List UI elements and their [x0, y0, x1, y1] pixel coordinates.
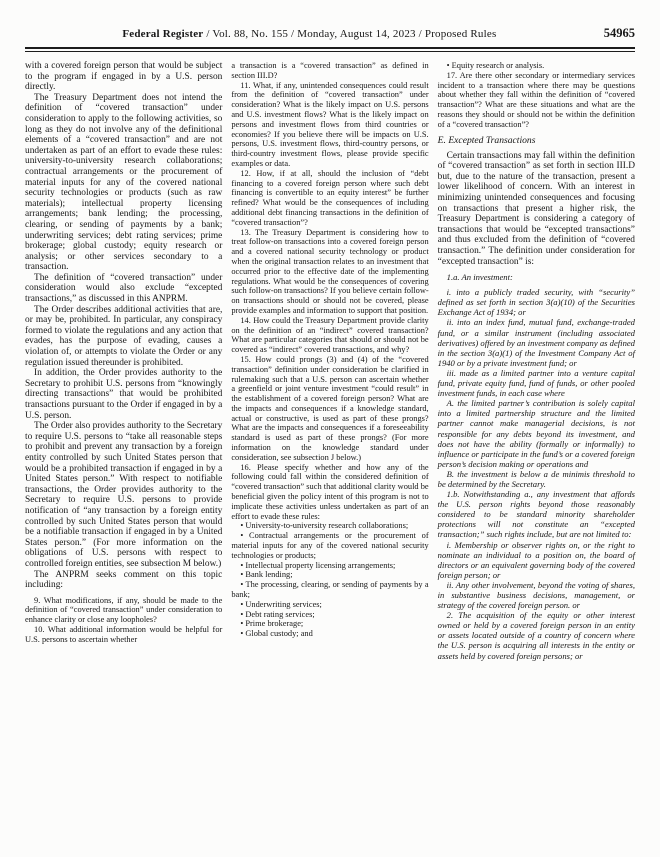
paragraph: • University-to-university research coll…	[231, 521, 428, 531]
text-column: a transaction is a “covered transaction”…	[231, 61, 428, 661]
paragraph: 15. How could prongs (3) and (4) of the …	[231, 355, 428, 463]
paragraph: The Treasury Department does not intend …	[25, 93, 222, 273]
paragraph: • Equity research or analysis.	[438, 61, 635, 71]
paragraph: The definition of “covered transaction” …	[25, 273, 222, 305]
paragraph: 1.a. An investment:	[438, 272, 635, 282]
paragraph: 17. Are there other secondary or interme…	[438, 71, 635, 130]
paragraph: • Intellectual property licensing arrang…	[231, 561, 428, 571]
paragraph: with a covered foreign person that would…	[25, 61, 222, 93]
paragraph: i. Membership or observer rights on, or …	[438, 540, 635, 580]
text-column: • Equity research or analysis.17. Are th…	[438, 61, 635, 661]
section-heading: E. Excepted Transactions	[438, 135, 635, 146]
paragraph: i. into a publicly traded security, with…	[438, 287, 635, 317]
paragraph: 11. What, if any, unintended consequence…	[231, 81, 428, 169]
paragraph: The ANPRM seeks comment on this topic in…	[25, 570, 222, 591]
paragraph: 12. How, if at all, should the inclusion…	[231, 169, 428, 228]
paragraph: • Bank lending;	[231, 570, 428, 580]
issue-info: / Vol. 88, No. 155 / Monday, August 14, …	[206, 28, 496, 40]
paragraph: • Debt rating services;	[231, 610, 428, 620]
text-columns: with a covered foreign person that would…	[0, 52, 660, 661]
paragraph: • Global custody; and	[231, 629, 428, 639]
running-head: Federal Register / Vol. 88, No. 155 / Mo…	[25, 28, 594, 40]
paragraph: 10. What additional information would be…	[25, 625, 222, 645]
paragraph: 16. Please specify whether and how any o…	[231, 463, 428, 522]
paragraph: 2. The acquisition of the equity or othe…	[438, 610, 635, 660]
paragraph: 13. The Treasury Department is consideri…	[231, 228, 428, 316]
paragraph: iii. made as a limited partner into a ve…	[438, 368, 635, 398]
paragraph: • Contractual arrangements or the procur…	[231, 531, 428, 560]
paragraph: B. the investment is below a de minimis …	[438, 469, 635, 489]
paragraph: • Underwriting services;	[231, 600, 428, 610]
paragraph: The Order also provides authority to the…	[25, 421, 222, 569]
page-number: 54965	[604, 26, 635, 41]
paragraph: • Prime brokerage;	[231, 619, 428, 629]
paragraph: a transaction is a “covered transaction”…	[231, 61, 428, 81]
page-header: Federal Register / Vol. 88, No. 155 / Mo…	[0, 0, 660, 45]
paragraph: In addition, the Order provides authorit…	[25, 368, 222, 421]
text-column: with a covered foreign person that would…	[25, 61, 222, 661]
paragraph: 14. How could the Treasury Department pr…	[231, 316, 428, 355]
paragraph: • The processing, clearing, or sending o…	[231, 580, 428, 600]
paragraph: Certain transactions may fall within the…	[438, 151, 635, 268]
paragraph: The Order describes additional activitie…	[25, 305, 222, 369]
paragraph: 9. What modifications, if any, should be…	[25, 596, 222, 625]
federal-register-page: Federal Register / Vol. 88, No. 155 / Mo…	[0, 0, 660, 857]
paragraph: ii. Any other involvement, beyond the vo…	[438, 580, 635, 610]
journal-title: Federal Register	[122, 28, 203, 40]
paragraph: 1.b. Notwithstanding a., any investment …	[438, 489, 635, 539]
paragraph: ii. into an index fund, mutual fund, exc…	[438, 317, 635, 367]
paragraph: A. the limited partner’s contribution is…	[438, 398, 635, 469]
